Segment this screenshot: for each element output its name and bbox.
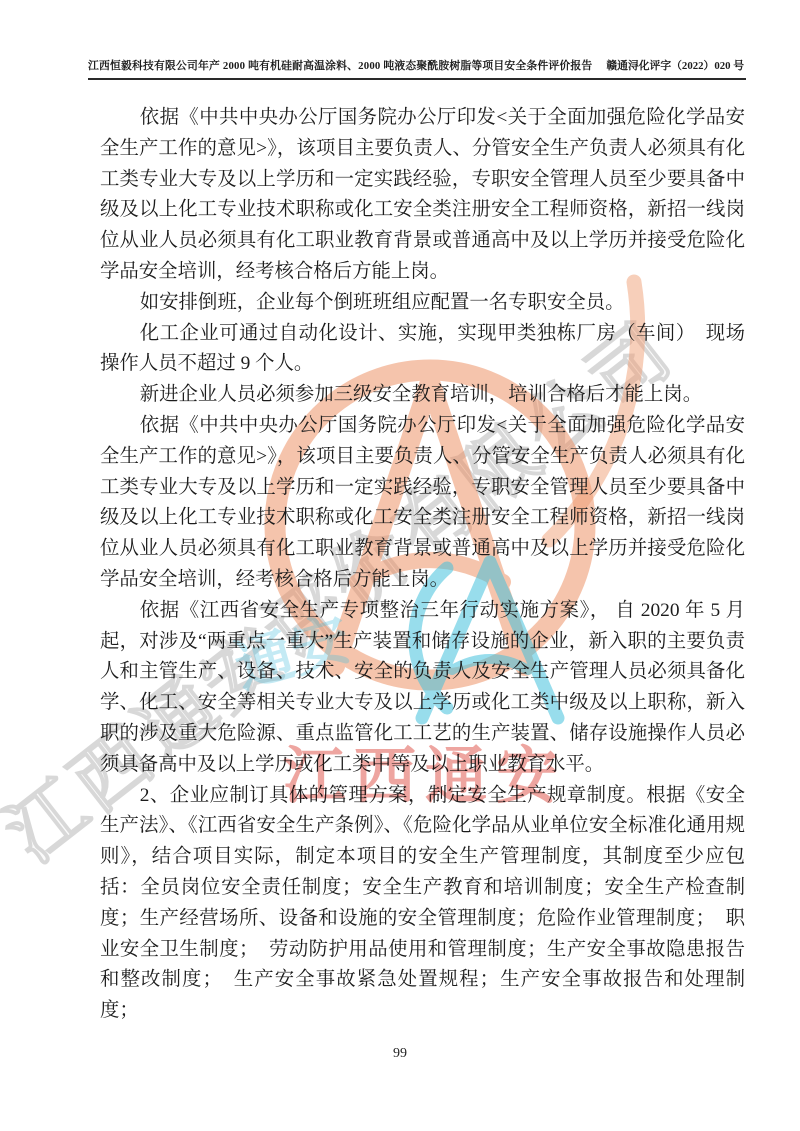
- document-page: 江西通安评价有限公司 通安 江西恒毅科技有限公司年产 2000 吨有机硅耐高温涂…: [0, 0, 800, 1131]
- paragraph: 新进企业人员必须参加三级安全教育培训，培训合格后才能上岗。: [100, 380, 745, 411]
- page-header: 江西恒毅科技有限公司年产 2000 吨有机硅耐高温涂料、2000 吨液态聚酰胺树…: [88, 58, 746, 80]
- body-paragraphs: 依据《中共中央办公厅国务院办公厅印发<关于全面加强危险化学品安全生产工作的意见>…: [100, 103, 745, 1027]
- paragraph: 如安排倒班，企业每个倒班班组应配置一名专职安全员。: [100, 288, 745, 319]
- page-number: 99: [0, 1046, 800, 1062]
- paragraph: 依据《江西省安全生产专项整治三年行动实施方案》， 自 2020 年 5 月起，对…: [100, 596, 745, 781]
- paragraph: 化工企业可通过自动化设计、实施，实现甲类独栋厂房（车间） 现场操作人员不超过 9…: [100, 319, 745, 381]
- report-title: 江西恒毅科技有限公司年产 2000 吨有机硅耐高温涂料、2000 吨液态聚酰胺树…: [88, 58, 592, 73]
- paragraph: 依据《中共中央办公厅国务院办公厅印发<关于全面加强危险化学品安全生产工作的意见>…: [100, 103, 745, 288]
- doc-number: 赣通浔化评字（2022）020 号: [606, 58, 744, 73]
- paragraph: 依据《中共中央办公厅国务院办公厅印发<关于全面加强危险化学品安全生产工作的意见>…: [100, 411, 745, 596]
- paragraph: 2、企业应制订具体的管理方案，制定安全生产规章制度。根据《安全生产法》、《江西省…: [100, 781, 745, 1027]
